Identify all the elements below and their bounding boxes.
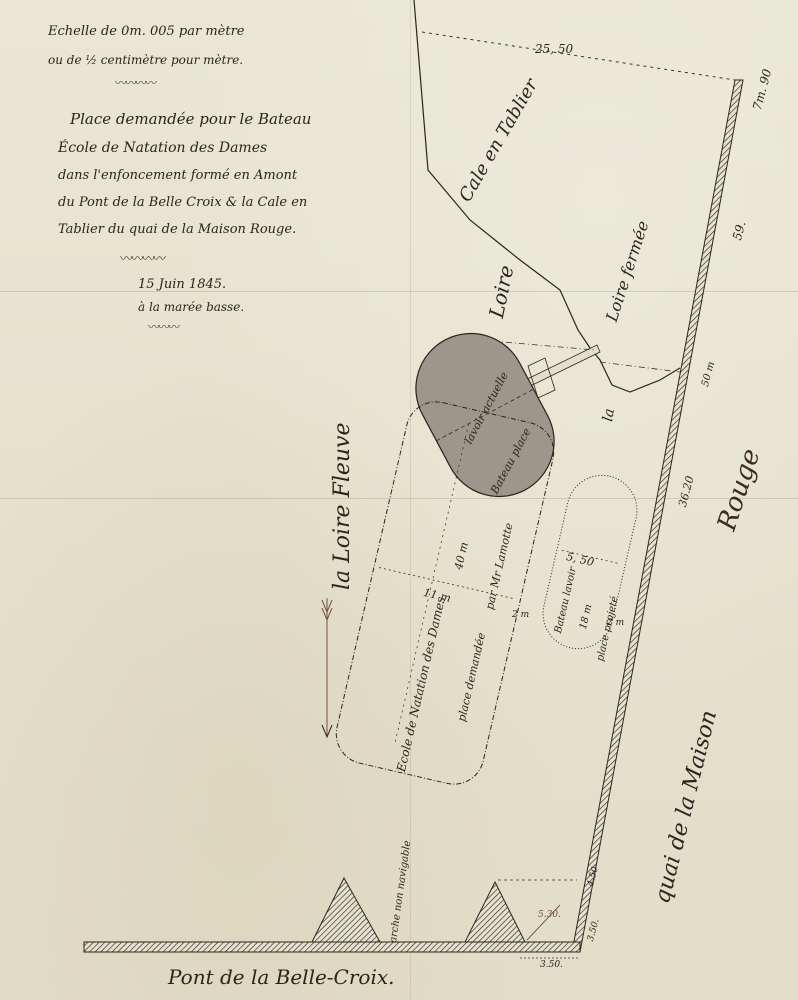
- bridge-pier-right: [465, 882, 525, 942]
- dim-bottom-350-horizontal: 3.50.: [540, 960, 563, 970]
- map-sheet: Echelle de 0m. 005 par mètre ou de ½ cen…: [0, 0, 798, 1000]
- lavoir-gap: 2 m: [607, 618, 624, 628]
- bridge-label: Pont de la Belle-Croix.: [168, 965, 395, 989]
- bridge-pier-left: [312, 878, 380, 942]
- dimension-line-top: [422, 32, 735, 80]
- school-gap: 2 m: [512, 610, 529, 620]
- dim-top-span: 25, 50: [535, 42, 573, 56]
- la-label: la: [600, 407, 618, 422]
- river-flow-arrow: [322, 598, 332, 737]
- dimension-line: [600, 362, 680, 372]
- river-label: la Loire Fleuve: [330, 422, 355, 590]
- riverbank-outline: [414, 0, 680, 392]
- dim-diagonal: 5.30.: [538, 910, 561, 920]
- bridge-deck: [84, 942, 580, 952]
